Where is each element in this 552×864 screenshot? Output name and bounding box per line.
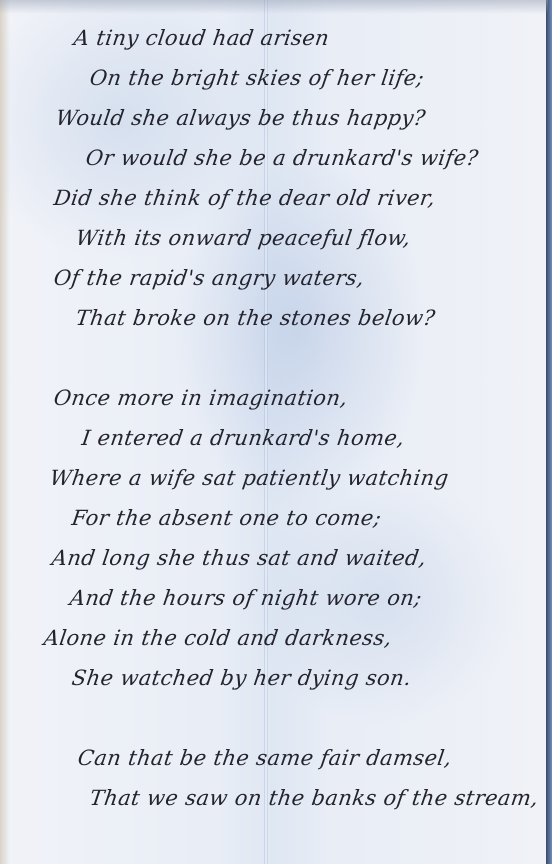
- poem-line: Where a wife sat patiently watching: [48, 466, 450, 490]
- poem-line: On the bright skies of her life;: [88, 66, 426, 90]
- poem-line: Or would she be a drunkard's wife?: [84, 146, 480, 170]
- poem-text: A tiny cloud had arisen On the bright sk…: [0, 0, 548, 864]
- poem-line: Would she always be thus happy?: [54, 106, 427, 130]
- poem-line: And long she thus sat and waited,: [50, 546, 428, 570]
- poem-line: And the hours of night wore on;: [68, 586, 423, 610]
- poem-line: I entered a drunkard's home,: [80, 426, 406, 450]
- poem-line: Can that be the same fair damsel,: [76, 746, 453, 770]
- poem-line: Alone in the cold and darkness,: [42, 626, 393, 650]
- poem-line: For the absent one to come;: [70, 506, 383, 530]
- poem-line: That broke on the stones below?: [74, 306, 437, 330]
- poem-line: That we saw on the banks of the stream,: [88, 786, 540, 810]
- poem-line: A tiny cloud had arisen: [72, 26, 331, 50]
- poem-line: Once more in imagination,: [52, 386, 349, 410]
- poem-line: With its onward peaceful flow,: [74, 226, 412, 250]
- poem-line: She watched by her dying son.: [70, 666, 413, 690]
- poem-line: Did she think of the dear old river,: [52, 186, 437, 210]
- poem-line: Of the rapid's angry waters,: [52, 266, 366, 290]
